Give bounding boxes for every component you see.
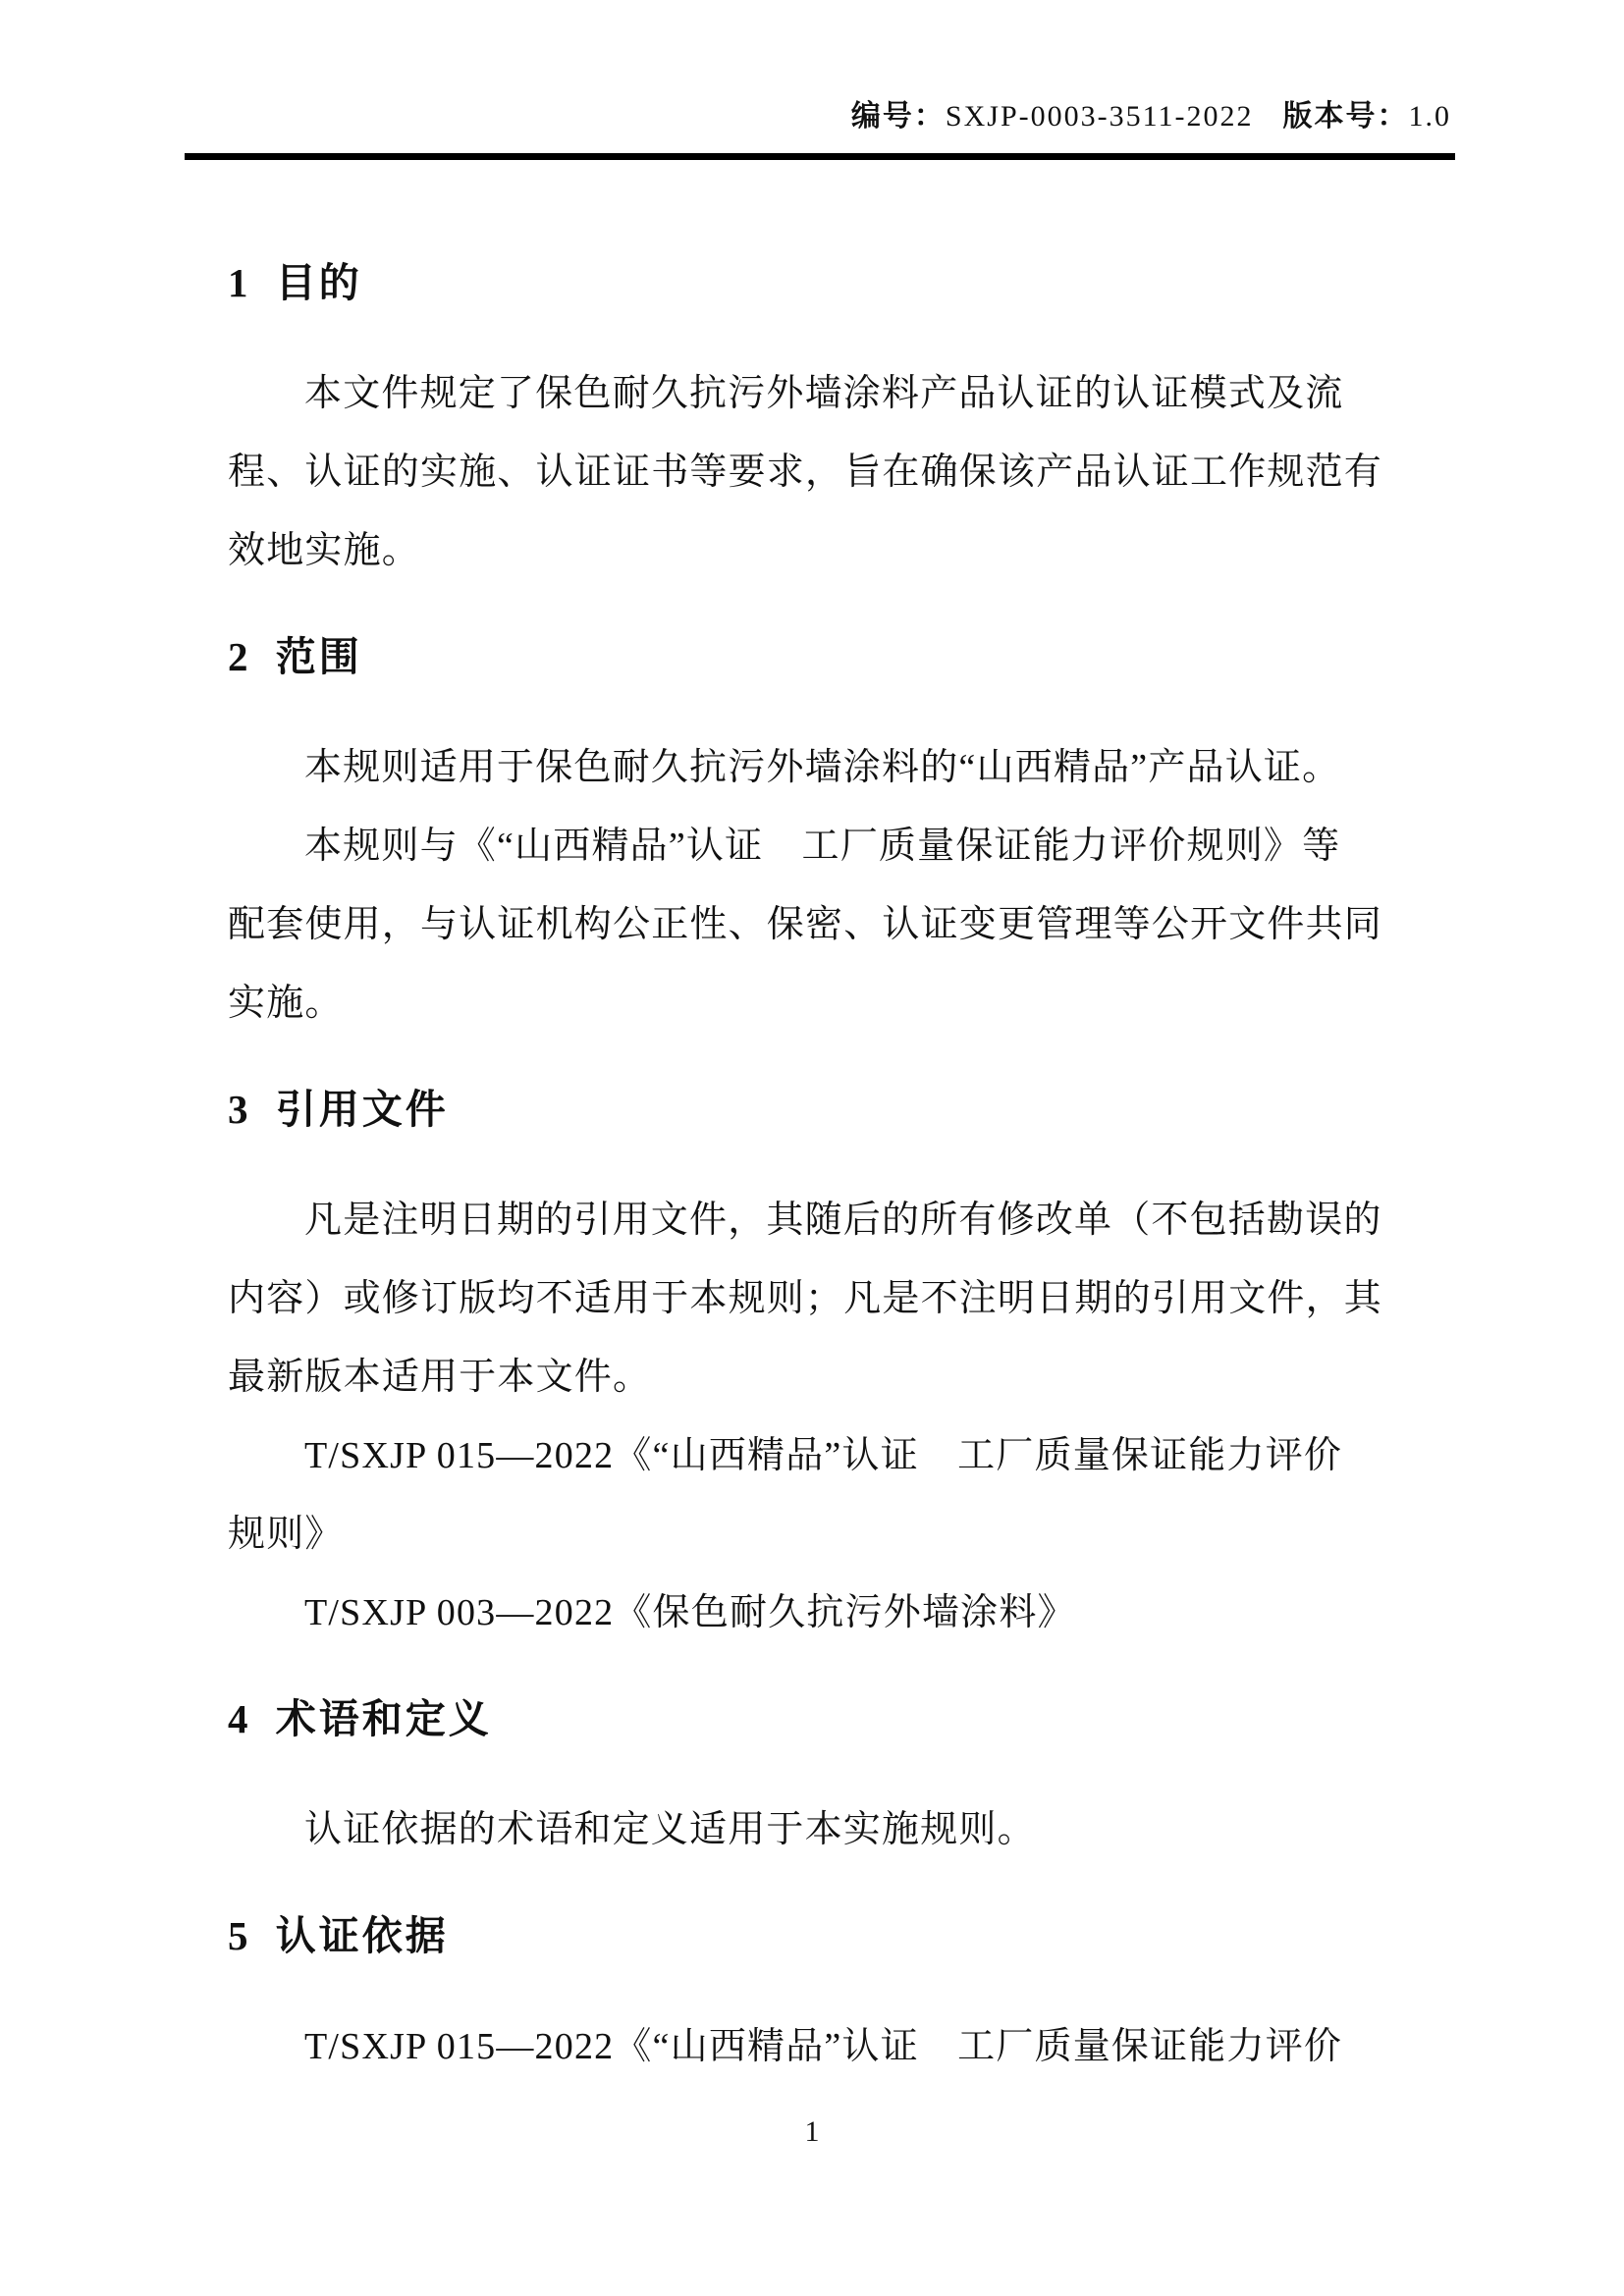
- paragraph: 认证依据的术语和定义适用于本实施规则。: [228, 1790, 1400, 1869]
- section-heading: 5 认证依据: [228, 1896, 1400, 1975]
- document-page: 编号：SXJP-0003-3511-2022版本号：1.0 1 目的 本文件规定…: [0, 0, 1624, 2296]
- text-line: T/SXJP 003—2022《保色耐久抗污外墙涂料》: [228, 1574, 1400, 1652]
- text-line: 实施。: [228, 964, 1400, 1042]
- section-certification-basis: 5 认证依据 T/SXJP 015—2022《“山西精品”认证 工厂质量保证能力…: [228, 1896, 1400, 2086]
- text-line: T/SXJP 015—2022《“山西精品”认证 工厂质量保证能力评价: [228, 1416, 1400, 1495]
- text-line: 配套使用，与认证机构公正性、保密、认证变更管理等公开文件共同: [228, 885, 1400, 964]
- section-heading: 2 范围: [228, 617, 1400, 696]
- section-references: 3 引用文件 凡是注明日期的引用文件，其随后的所有修改单（不包括勘误的 内容）或…: [228, 1070, 1400, 1652]
- paragraph: 本文件规定了保色耐久抗污外墙涂料产品认证的认证模式及流 程、认证的实施、认证证书…: [228, 354, 1400, 590]
- text-line: 凡是注明日期的引用文件，其随后的所有修改单（不包括勘误的: [228, 1181, 1400, 1259]
- version-value: 1.0: [1409, 100, 1452, 133]
- paragraph: 本规则适用于保色耐久抗污外墙涂料的“山西精品”产品认证。 本规则与《“山西精品”…: [228, 728, 1400, 1042]
- text-line: 本文件规定了保色耐久抗污外墙涂料产品认证的认证模式及流: [228, 354, 1400, 433]
- document-body: 1 目的 本文件规定了保色耐久抗污外墙涂料产品认证的认证模式及流 程、认证的实施…: [228, 243, 1400, 2086]
- version-label: 版本号：: [1283, 100, 1409, 133]
- paragraph: 凡是注明日期的引用文件，其随后的所有修改单（不包括勘误的 内容）或修订版均不适用…: [228, 1181, 1400, 1652]
- text-line: 本规则与《“山西精品”认证 工厂质量保证能力评价规则》等: [228, 807, 1400, 885]
- section-scope: 2 范围 本规则适用于保色耐久抗污外墙涂料的“山西精品”产品认证。 本规则与《“…: [228, 617, 1400, 1042]
- section-heading: 4 术语和定义: [228, 1680, 1400, 1758]
- text-line: 认证依据的术语和定义适用于本实施规则。: [228, 1790, 1400, 1869]
- header-rule: [185, 153, 1455, 160]
- section-purpose: 1 目的 本文件规定了保色耐久抗污外墙涂料产品认证的认证模式及流 程、认证的实施…: [228, 243, 1400, 590]
- text-line: 内容）或修订版均不适用于本规则；凡是不注明日期的引用文件，其: [228, 1259, 1400, 1338]
- section-terms: 4 术语和定义 认证依据的术语和定义适用于本实施规则。: [228, 1680, 1400, 1869]
- page-header: 编号：SXJP-0003-3511-2022版本号：1.0: [0, 0, 1624, 135]
- section-heading: 3 引用文件: [228, 1070, 1400, 1148]
- page-number: 1: [805, 2115, 820, 2148]
- doc-number-value: SXJP-0003-3511-2022: [946, 100, 1254, 133]
- section-heading: 1 目的: [228, 243, 1400, 322]
- text-line: 最新版本适用于本文件。: [228, 1338, 1400, 1416]
- page-footer: 1: [0, 2115, 1624, 2149]
- text-line: 程、认证的实施、认证证书等要求，旨在确保该产品认证工作规范有: [228, 433, 1400, 511]
- paragraph: T/SXJP 015—2022《“山西精品”认证 工厂质量保证能力评价: [228, 2007, 1400, 2086]
- text-line: 本规则适用于保色耐久抗污外墙涂料的“山西精品”产品认证。: [228, 728, 1400, 807]
- text-line: T/SXJP 015—2022《“山西精品”认证 工厂质量保证能力评价: [228, 2007, 1400, 2086]
- text-line: 效地实施。: [228, 511, 1400, 590]
- text-line: 规则》: [228, 1495, 1400, 1574]
- doc-number-label: 编号：: [851, 100, 946, 133]
